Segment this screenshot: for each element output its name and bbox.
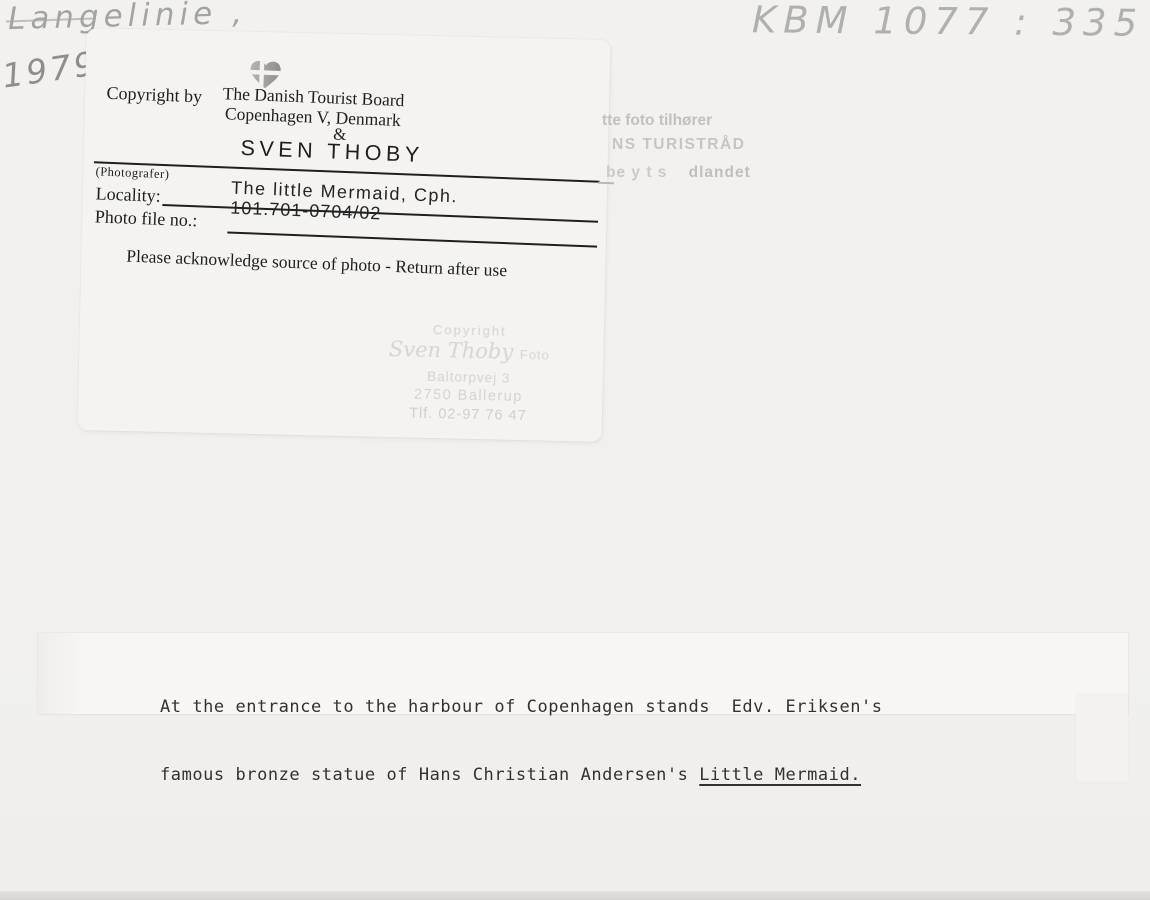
faint-stamp-phone: Tlf. 02-97 76 47	[370, 405, 566, 425]
photo-file-number-value: 101.701-0704/02	[230, 198, 382, 225]
organization-block: The Danish Tourist Board Copenhagen V, D…	[194, 82, 433, 131]
typed-caption-strip: At the entrance to the harbour of Copenh…	[38, 633, 1128, 714]
caption-line-1: At the entrance to the harbour of Copenh…	[160, 696, 883, 719]
faint-stamp-name-suffix: Foto	[520, 347, 550, 363]
photo-verso-scan: Langelinie , 1979 KBM 1077 : 335 29/01	[0, 0, 1150, 900]
ownership-stamp-line1: tte foto tilhører	[602, 112, 712, 130]
scan-ghost-mark	[1076, 694, 1128, 782]
locality-label: Locality:	[95, 183, 161, 206]
caption-line-2: famous bronze statue of Hans Christian A…	[160, 764, 883, 787]
copyright-prefix: Copyright by	[106, 83, 202, 108]
ownership-stamp-line3: be y t s dlandet	[606, 164, 751, 182]
faint-ownership-stamp: tte foto tilhører NS TURISTRÅD be y t s …	[594, 112, 814, 202]
typed-caption-text: At the entrance to the harbour of Copenh…	[160, 651, 883, 831]
handwritten-archive-number: KBM 1077 : 335	[752, 0, 1144, 45]
faint-stamp-name-script: Sven Thoby	[389, 337, 514, 364]
photographer-field-caption: (Photografer)	[95, 164, 169, 182]
faint-photographer-stamp: Copyright Sven Thoby Foto Baltorpvej 3 2…	[370, 321, 568, 425]
usage-note: Please acknowledge source of photo - Ret…	[126, 246, 508, 282]
form-rule-photo-file	[227, 231, 597, 247]
photographer-name: SVEN THOBY	[240, 136, 424, 168]
photo-file-number-label: Photo file no.:	[94, 206, 197, 231]
faint-stamp-street: Baltorpvej 3	[371, 368, 567, 387]
tourist-board-stamp: Copyright by The Danish Tourist Board Co…	[90, 58, 604, 292]
caption-line-2-underlined: Little Mermaid.	[699, 765, 861, 785]
ownership-stamp-line3-prefix: be y t s	[606, 164, 689, 181]
faint-stamp-name: Sven Thoby Foto	[371, 336, 568, 369]
ownership-stamp-line2: NS TURISTRÅD	[612, 136, 745, 154]
caption-line-2-prefix: famous bronze statue of Hans Christian A…	[160, 765, 699, 785]
copyright-label-card: Copyright by The Danish Tourist Board Co…	[78, 28, 611, 442]
faint-stamp-city: 2750 Ballerup	[370, 386, 566, 406]
scan-edge-shadow	[0, 891, 1150, 900]
ownership-stamp-line3-suffix: dlandet	[689, 164, 751, 181]
